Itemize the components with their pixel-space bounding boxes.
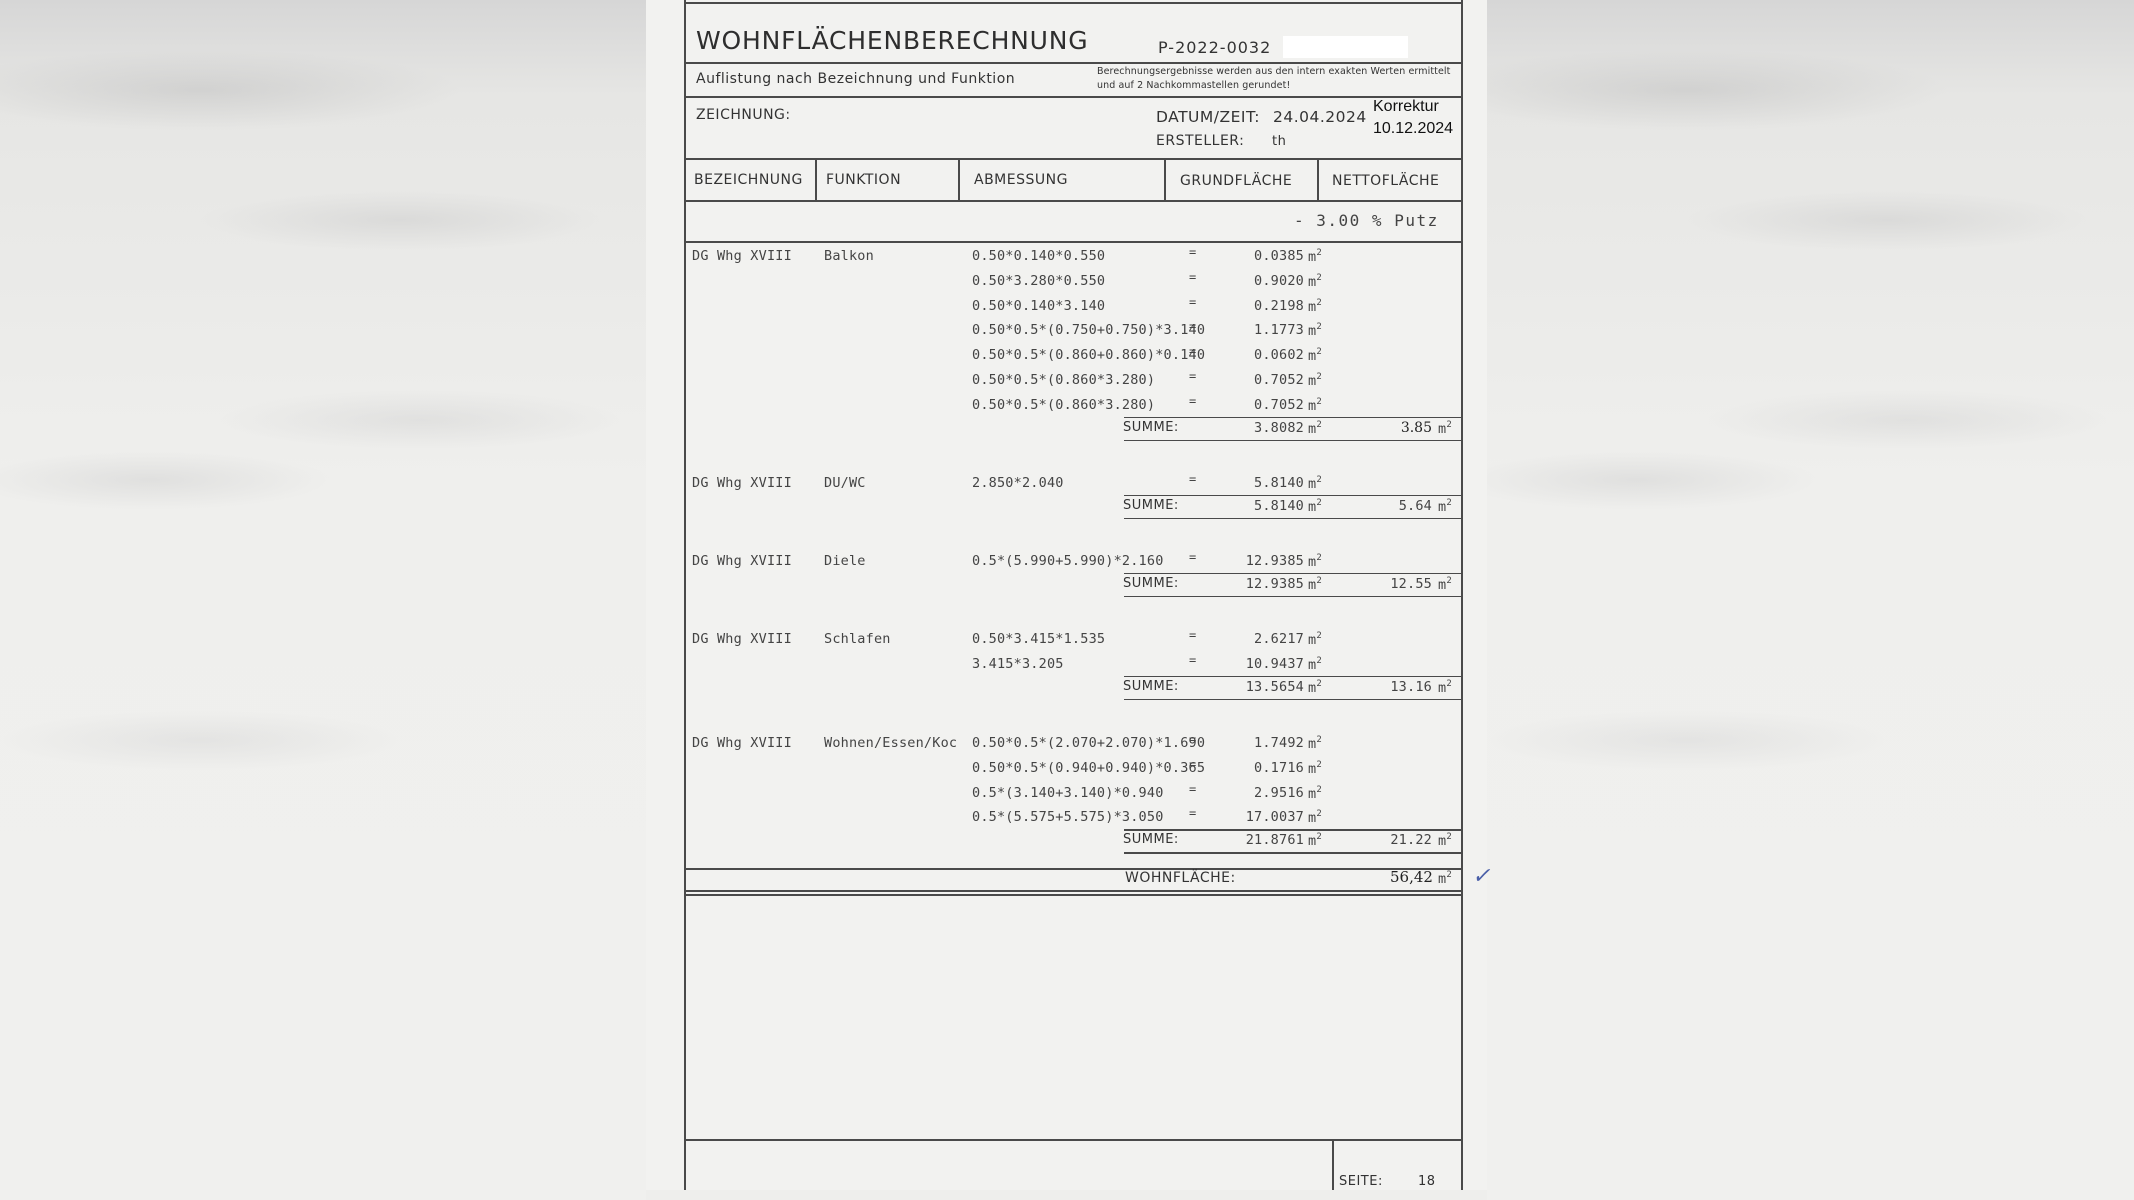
sum-nettoflaeche: 21.22	[1346, 832, 1432, 848]
divider	[684, 894, 1462, 896]
room-bezeichnung: DG Whg XVIII	[692, 553, 792, 569]
row-abmessung: 0.50*0.5*(0.940+0.940)*0.365	[972, 760, 1205, 776]
row-grundflaeche: 12.9385	[1240, 553, 1304, 569]
equals-sign: =	[1189, 653, 1196, 667]
value: 12.55	[1390, 576, 1432, 592]
row-abmessung: 0.50*0.5*(2.070+2.070)*1.690	[972, 735, 1205, 751]
unit: m2	[1308, 576, 1322, 593]
sum-divider	[1124, 829, 1462, 831]
value: 3.85	[1401, 420, 1432, 436]
value: 0.2198	[1254, 298, 1304, 314]
divider	[684, 1139, 1462, 1141]
datum-label: DATUM/ZEIT:	[1156, 108, 1260, 126]
sum-divider	[1124, 852, 1462, 854]
sum-divider	[1124, 440, 1462, 442]
value: 5.8140	[1254, 475, 1304, 491]
project-number: P-2022-0032	[1158, 38, 1271, 57]
value: 13.16	[1390, 679, 1432, 695]
equals-sign: =	[1189, 628, 1196, 642]
row-abmessung: 0.5*(3.140+3.140)*0.940	[972, 785, 1164, 801]
unit-exponent: 2	[1316, 498, 1322, 508]
value: 5.64	[1399, 498, 1432, 514]
total-value: 56,42	[1390, 868, 1433, 886]
sum-grundflaeche: 13.5654	[1240, 679, 1304, 695]
unit-exponent: 2	[1316, 347, 1322, 357]
document-page: WOHNFLÄCHENBERECHNUNG P-2022-0032 Auflis…	[646, 0, 1487, 1190]
room-bezeichnung: DG Whg XVIII	[692, 631, 792, 647]
frame-top-border	[684, 2, 1462, 4]
row-abmessung: 0.50*0.5*(0.860*3.280)	[972, 372, 1155, 388]
unit: m2	[1308, 372, 1322, 389]
sum-nettoflaeche: 13.16	[1346, 679, 1432, 695]
correction-date: 10.12.2024	[1373, 120, 1453, 138]
row-grundflaeche: 0.0602	[1240, 347, 1304, 363]
row-abmessung: 0.50*0.140*3.140	[972, 298, 1105, 314]
equals-sign: =	[1189, 270, 1196, 284]
row-abmessung: 0.50*0.5*(0.860+0.860)*0.140	[972, 347, 1205, 363]
value: 13.5654	[1246, 679, 1304, 695]
equals-sign: =	[1189, 319, 1196, 333]
room-bezeichnung: DG Whg XVIII	[692, 475, 792, 491]
row-abmessung: 0.5*(5.990+5.990)*2.160	[972, 553, 1164, 569]
row-grundflaeche: 0.1716	[1240, 760, 1304, 776]
row-abmessung: 0.50*3.280*0.550	[972, 273, 1105, 289]
column-divider	[815, 158, 817, 200]
row-grundflaeche: 10.9437	[1240, 656, 1304, 672]
blurred-background-right	[1487, 0, 2134, 1200]
unit: m2	[1438, 832, 1452, 849]
row-grundflaeche: 17.0037	[1240, 809, 1304, 825]
unit-exponent: 2	[1316, 760, 1322, 770]
value: 10.9437	[1246, 656, 1304, 672]
check-mark-icon: ✓	[1472, 864, 1490, 889]
unit-exponent: 2	[1316, 785, 1322, 795]
room-funktion: Schlafen	[824, 631, 891, 647]
unit: m2	[1308, 809, 1322, 826]
total-label: WOHNFLÄCHE:	[1125, 870, 1236, 886]
frame-left-border	[684, 0, 686, 1190]
column-header-nettoflaeche: NETTOFLÄCHE	[1296, 173, 1403, 189]
unit-exponent: 2	[1316, 679, 1322, 689]
equals-sign: =	[1189, 782, 1196, 796]
row-grundflaeche: 2.6217	[1240, 631, 1304, 647]
row-abmessung: 3.415*3.205	[972, 656, 1064, 672]
unit-exponent: 2	[1316, 553, 1322, 563]
row-abmessung: 0.50*0.5*(0.750+0.750)*3.140	[972, 322, 1205, 338]
row-abmessung: 0.50*0.5*(0.860*3.280)	[972, 397, 1155, 413]
sum-label: SUMME:	[1123, 832, 1179, 847]
ersteller-label: ERSTELLER:	[1156, 133, 1244, 149]
value: 0.0602	[1254, 347, 1304, 363]
column-divider	[1164, 158, 1166, 200]
sum-divider	[1124, 676, 1462, 678]
sum-grundflaeche: 5.8140	[1240, 498, 1304, 514]
row-grundflaeche: 0.7052	[1240, 397, 1304, 413]
value: 0.1716	[1254, 760, 1304, 776]
sum-grundflaeche: 21.8761	[1240, 832, 1304, 848]
unit-exponent: 2	[1316, 322, 1322, 332]
divider	[684, 868, 1462, 870]
divider	[684, 200, 1462, 202]
equals-sign: =	[1189, 472, 1196, 486]
sum-label: SUMME:	[1123, 420, 1179, 435]
column-divider	[958, 158, 960, 200]
row-grundflaeche: 1.7492	[1240, 735, 1304, 751]
column-header-grundflaeche: GRUNDFLÄCHE	[1180, 173, 1292, 189]
redacted-area	[1283, 36, 1408, 58]
row-abmessung: 0.5*(5.575+5.575)*3.050	[972, 809, 1164, 825]
sum-label: SUMME:	[1123, 576, 1179, 591]
unit-exponent: 2	[1316, 298, 1322, 308]
column-header-funktion: FUNKTION	[826, 172, 901, 188]
value: 1.1773	[1254, 322, 1304, 338]
equals-sign: =	[1189, 394, 1196, 408]
equals-sign: =	[1189, 757, 1196, 771]
unit: m2	[1308, 631, 1322, 648]
correction-label: Korrektur	[1373, 98, 1439, 116]
row-grundflaeche: 2.9516	[1240, 785, 1304, 801]
value: 0.7052	[1254, 397, 1304, 413]
unit: m2	[1308, 760, 1322, 777]
value: 12.9385	[1246, 553, 1304, 569]
room-bezeichnung: DG Whg XVIII	[692, 735, 792, 751]
divider	[684, 96, 1462, 98]
unit: m2	[1308, 679, 1322, 696]
value: 5.8140	[1254, 498, 1304, 514]
unit-exponent: 2	[1316, 631, 1322, 641]
unit: m2	[1308, 832, 1322, 849]
subtitle: Auflistung nach Bezeichnung und Funktion	[696, 71, 1015, 87]
room-bezeichnung: DG Whg XVIII	[692, 248, 792, 264]
value: 3.8082	[1254, 420, 1304, 436]
equals-sign: =	[1189, 295, 1196, 309]
datum-value: 24.04.2024	[1273, 108, 1367, 126]
equals-sign: =	[1189, 806, 1196, 820]
unit-exponent: 2	[1316, 809, 1322, 819]
sum-divider	[1124, 699, 1462, 701]
unit: m2	[1308, 347, 1322, 364]
ersteller-value: th	[1272, 134, 1286, 149]
unit: m2	[1308, 475, 1322, 492]
zeichnung-label: ZEICHNUNG:	[696, 107, 791, 123]
rounding-note-line1: Berechnungsergebnisse werden aus den int…	[1097, 66, 1450, 77]
row-grundflaeche: 0.2198	[1240, 298, 1304, 314]
unit-exponent: 2	[1446, 832, 1452, 842]
value: 1.7492	[1254, 735, 1304, 751]
sum-divider	[1124, 518, 1462, 520]
row-abmessung: 0.50*3.415*1.535	[972, 631, 1105, 647]
equals-sign: =	[1189, 732, 1196, 746]
value: 0.9020	[1254, 273, 1304, 289]
sum-divider	[1124, 596, 1462, 598]
room-funktion: DU/WC	[824, 475, 866, 491]
equals-sign: =	[1189, 369, 1196, 383]
sum-divider	[1124, 495, 1462, 497]
sum-nettoflaeche: 12.55	[1346, 576, 1432, 592]
column-header-nettoflaeche-text: NETTOFLÄCHE	[1332, 173, 1439, 189]
equals-sign: =	[1189, 550, 1196, 564]
unit-exponent: 2	[1316, 420, 1322, 430]
unit-exponent: 2	[1446, 679, 1452, 689]
unit-exponent: 2	[1316, 248, 1322, 258]
unit: m2	[1308, 735, 1322, 752]
unit: m2	[1308, 498, 1322, 515]
unit: m2	[1438, 420, 1452, 437]
unit: m2	[1438, 498, 1452, 515]
unit-exponent: 2	[1316, 397, 1322, 407]
unit: m2	[1308, 656, 1322, 673]
room-funktion: Balkon	[824, 248, 874, 264]
row-grundflaeche: 0.0385	[1240, 248, 1304, 264]
row-grundflaeche: 0.9020	[1240, 273, 1304, 289]
document-title: WOHNFLÄCHENBERECHNUNG	[696, 26, 1088, 55]
value: 0.0385	[1254, 248, 1304, 264]
unit: m2	[1438, 679, 1452, 696]
sum-nettoflaeche: 5.64	[1346, 498, 1432, 514]
unit: m2	[1308, 397, 1322, 414]
sum-grundflaeche: 3.8082	[1240, 420, 1304, 436]
sum-grundflaeche: 12.9385	[1240, 576, 1304, 592]
unit-exponent: 2	[1316, 656, 1322, 666]
row-grundflaeche: 1.1773	[1240, 322, 1304, 338]
value: 12.9385	[1246, 576, 1304, 592]
divider	[684, 241, 1462, 243]
value: 21.8761	[1246, 832, 1304, 848]
row-abmessung: 2.850*2.040	[972, 475, 1064, 491]
equals-sign: =	[1189, 245, 1196, 259]
unit-exponent: 2	[1316, 735, 1322, 745]
unit: m2	[1308, 248, 1322, 265]
unit-exponent: 2	[1316, 832, 1322, 842]
divider	[684, 890, 1462, 892]
value: 2.9516	[1254, 785, 1304, 801]
unit-exponent: 2	[1316, 475, 1322, 485]
unit-exponent: 2	[1316, 576, 1322, 586]
value: 17.0037	[1246, 809, 1304, 825]
unit: m2	[1308, 553, 1322, 570]
total-unit: m2	[1438, 870, 1452, 887]
unit-exponent: 2	[1446, 576, 1452, 586]
room-funktion: Wohnen/Essen/Koc	[824, 735, 957, 751]
blurred-background-left	[0, 0, 646, 1200]
unit-exponent: 2	[1446, 420, 1452, 430]
divider	[684, 62, 1462, 64]
page-label: SEITE:	[1339, 1174, 1383, 1189]
room-funktion: Diele	[824, 553, 866, 569]
unit: m2	[1308, 273, 1322, 290]
unit-exponent: 2	[1316, 273, 1322, 283]
value: 2.6217	[1254, 631, 1304, 647]
unit-exponent: 2	[1446, 498, 1452, 508]
equals-sign: =	[1189, 344, 1196, 358]
divider	[684, 158, 1462, 160]
row-abmessung: 0.50*0.140*0.550	[972, 248, 1105, 264]
unit: m2	[1308, 322, 1322, 339]
unit: m2	[1308, 298, 1322, 315]
value: 21.22	[1390, 832, 1432, 848]
sum-divider	[1124, 417, 1462, 419]
sum-divider	[1124, 573, 1462, 575]
unit-exponent: 2	[1316, 372, 1322, 382]
column-header-abmessung: ABMESSUNG	[974, 172, 1068, 188]
sum-label: SUMME:	[1123, 498, 1179, 513]
sum-label: SUMME:	[1123, 679, 1179, 694]
rounding-note-line2: und auf 2 Nachkommastellen gerundet!	[1097, 80, 1290, 91]
column-divider	[1332, 1139, 1334, 1190]
row-grundflaeche: 0.7052	[1240, 372, 1304, 388]
unit: m2	[1438, 576, 1452, 593]
plaster-deduction: - 3.00 % Putz	[1294, 211, 1439, 230]
row-grundflaeche: 5.8140	[1240, 475, 1304, 491]
unit: m2	[1308, 785, 1322, 802]
unit-exponent: 2	[1446, 870, 1452, 880]
column-header-bezeichnung: BEZEICHNUNG	[694, 172, 803, 188]
page-number: 18	[1418, 1174, 1436, 1189]
value: 0.7052	[1254, 372, 1304, 388]
sum-nettoflaeche: 3.85	[1346, 420, 1432, 436]
unit: m2	[1308, 420, 1322, 437]
